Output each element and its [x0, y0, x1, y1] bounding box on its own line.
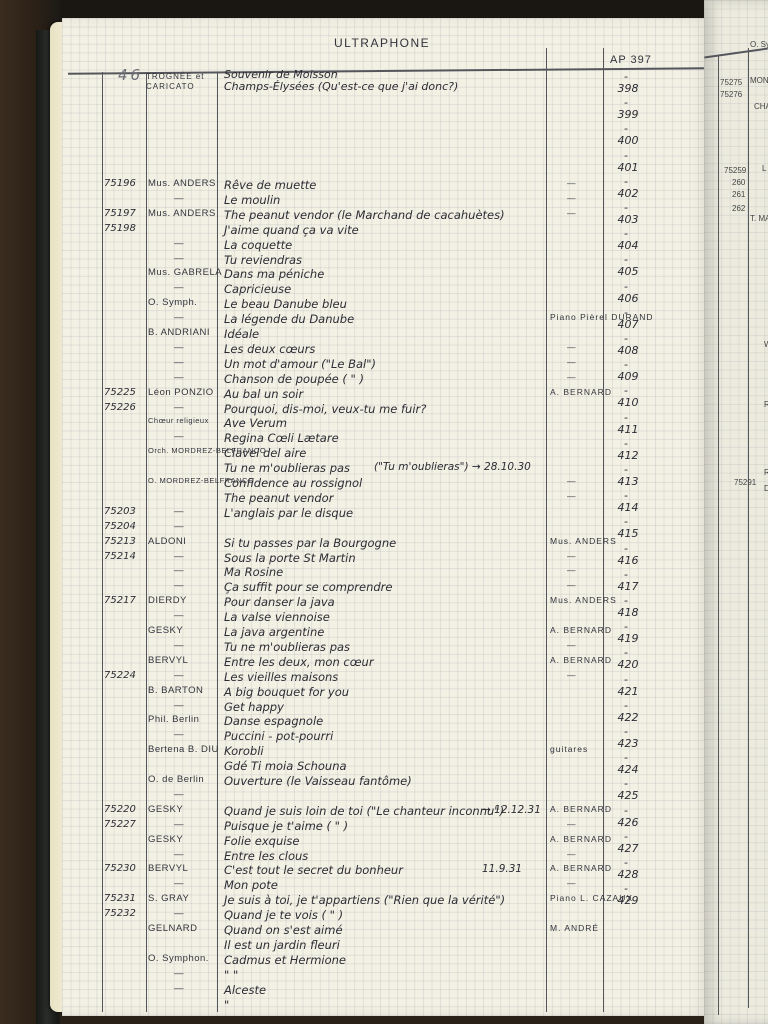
accompanist: A. BERNARD	[550, 834, 612, 844]
accompanist: A. BERNARD	[550, 387, 612, 397]
artist-name: Léon PONZIO	[148, 387, 214, 398]
accompanist: —	[567, 551, 577, 561]
accompanist: A. BERNARD	[550, 804, 612, 814]
song-title: Idéale	[224, 327, 259, 341]
song-title: Tu reviendras	[224, 253, 302, 267]
artist-name: —	[174, 789, 184, 800]
facing-serial: 261	[732, 190, 745, 199]
song-title: " "	[224, 968, 238, 982]
serial-number: 75197	[104, 208, 136, 219]
column-line	[546, 48, 547, 1012]
accompanist: —	[567, 565, 577, 575]
ditto-dash: -	[624, 699, 628, 712]
serial-number: 75226	[104, 402, 136, 413]
catalog-number: 413	[608, 475, 648, 488]
catalog-number: 422	[608, 711, 648, 724]
facing-serial: 75291	[734, 478, 756, 487]
song-title: Danse espagnole	[224, 714, 323, 728]
artist-name: —	[174, 521, 184, 532]
catalog-number: 420	[608, 658, 648, 671]
catalog-number: 408	[608, 344, 648, 357]
song-title: Alceste	[224, 983, 266, 997]
serial-number: 75217	[104, 595, 136, 606]
song-title: Ma Rosine	[224, 565, 283, 579]
ditto-dash: -	[624, 384, 628, 397]
song-title: Pour danser la java	[224, 595, 335, 609]
ditto-dash: -	[624, 751, 628, 764]
song-title: Ça suffit pour se comprendre	[224, 580, 392, 594]
serial-number: 75198	[104, 223, 136, 234]
accompanist: Piano L. CAZAUX	[550, 893, 633, 903]
catalog-number: 402	[608, 187, 648, 200]
header-rule	[704, 48, 768, 58]
serial-number: 75225	[104, 387, 136, 398]
song-title: Un mot d'amour ("Le Bal")	[224, 357, 376, 371]
accompanist: —	[567, 819, 577, 829]
song-title: Le moulin	[224, 193, 280, 207]
serial-number: 75224	[104, 670, 136, 681]
artist-name: —	[174, 431, 184, 442]
song-title: Korobli	[224, 744, 264, 758]
facing-serial: 260	[732, 178, 745, 187]
ditto-dash: -	[624, 515, 628, 528]
artist-name: —	[174, 610, 184, 621]
catalog-number: 426	[608, 816, 648, 829]
catalog-number: 423	[608, 737, 648, 750]
catalog-number: 406	[608, 292, 648, 305]
ditto-dash: -	[624, 358, 628, 371]
song-title: Quand je te vois ( " )	[224, 908, 343, 922]
column-line	[102, 72, 103, 1012]
page-title: ULTRAPHONE	[334, 36, 430, 50]
artist-name: —	[174, 402, 184, 413]
facing-fragment: D	[764, 484, 768, 493]
artist-name: O. de Berlin	[148, 774, 204, 785]
serial-number: 75196	[104, 178, 136, 189]
catalog-number: 414	[608, 501, 648, 514]
artist-name: Mus. ANDERS	[148, 208, 216, 219]
song-title: Le beau Danube bleu	[224, 297, 347, 311]
artist-name: —	[174, 878, 184, 889]
song-title: Get happy	[224, 700, 284, 714]
artist-name: —	[174, 551, 184, 562]
ditto-dash: -	[624, 437, 628, 450]
song-title: Folie exquise	[224, 834, 300, 848]
facing-header: O. Sy	[750, 40, 768, 49]
header-artist: TROGNÉE et CARICATO	[146, 72, 214, 92]
ditto-dash: -	[624, 280, 628, 293]
catalog-header: AP 397	[610, 54, 652, 66]
ditto-dash: -	[624, 568, 628, 581]
song-title: The peanut vendor (le Marchand de cacahu…	[224, 208, 505, 222]
accompanist: A. BERNARD	[550, 863, 612, 873]
facing-serial: 75276	[720, 90, 742, 99]
facing-serial: 75259	[724, 166, 746, 175]
ditto-dash: -	[624, 804, 628, 817]
facing-fragment: T. MA	[750, 214, 768, 223]
artist-name: —	[174, 372, 184, 383]
ditto-dash: -	[624, 673, 628, 686]
facing-fragment: R	[764, 468, 768, 477]
song-title: Cadmus et Hermione	[224, 953, 346, 967]
song-title: La java argentine	[224, 625, 324, 639]
artist-name: —	[174, 968, 184, 979]
serial-number: 75227	[104, 819, 136, 830]
accompanist: guitares	[550, 744, 588, 754]
artist-name: Phil. Berlin	[148, 714, 199, 725]
catalog-number: 421	[608, 685, 648, 698]
artist-name: B. BARTON	[148, 685, 203, 696]
artist-name: —	[174, 700, 184, 711]
catalog-number: 412	[608, 449, 648, 462]
song-title: Sous la porte St Martin	[224, 551, 356, 565]
song-title: J'aime quand ça va vite	[224, 223, 359, 237]
artist-name: —	[174, 193, 184, 204]
artist-name: BERVYL	[148, 655, 188, 666]
song-title: Puisque je t'aime ( " )	[224, 819, 348, 833]
facing-serial: 262	[732, 204, 745, 213]
catalog-number: 401	[608, 161, 648, 174]
catalog-number: 409	[608, 370, 648, 383]
accompanist: —	[567, 372, 577, 382]
ditto-dash: -	[624, 856, 628, 869]
song-title: Quand je suis loin de toi ("Le chanteur …	[224, 804, 504, 818]
accompanist: —	[567, 342, 577, 352]
accompanist: Piano Pièrel DURAND	[550, 312, 654, 322]
song-title: Ouverture (le Vaisseau fantôme)	[224, 774, 412, 788]
song-title: La légende du Danube	[224, 312, 354, 326]
song-title: Les vieilles maisons	[224, 670, 338, 684]
catalog-number: 411	[608, 423, 648, 436]
song-title: La valse viennoise	[224, 610, 330, 624]
accompanist: —	[567, 357, 577, 367]
serial-number: 75231	[104, 893, 136, 904]
artist-name: —	[174, 253, 184, 264]
catalog-number: 424	[608, 763, 648, 776]
accompanist: —	[567, 491, 577, 501]
catalog-number: 405	[608, 265, 648, 278]
artist-name: O. Symphon.	[148, 953, 209, 964]
ditto-dash: -	[624, 725, 628, 738]
artist-name: —	[174, 729, 184, 740]
song-title: Entre les deux, mon cœur	[224, 655, 374, 669]
ditto-dash: -	[624, 201, 628, 214]
facing-fragment: CHA	[754, 102, 768, 111]
ditto-dash: -	[624, 411, 628, 424]
song-title: Entre les clous	[224, 849, 308, 863]
ledger-page: 46 ULTRAPHONE AP 397 TROGNÉE et CARICATO…	[62, 18, 710, 1016]
accompanist: —	[567, 580, 577, 590]
artist-name: B. ANDRIANI	[148, 327, 210, 338]
artist-name: GELNARD	[148, 923, 197, 934]
artist-name: —	[174, 565, 184, 576]
song-title: Au bal un soir	[224, 387, 303, 401]
annotation: ("Tu m'oublieras") → 28.10.30	[374, 461, 531, 473]
song-title: Mon pote	[224, 878, 278, 892]
ditto-dash: -	[624, 96, 628, 109]
artist-name: —	[174, 342, 184, 353]
serial-number: 75220	[104, 804, 136, 815]
background-top	[0, 0, 768, 20]
catalog-number: 403	[608, 213, 648, 226]
ditto-dash: -	[624, 489, 628, 502]
serial-number: 75232	[104, 908, 136, 919]
ditto-dash: -	[624, 646, 628, 659]
artist-name: —	[174, 670, 184, 681]
song-title: Les deux cœurs	[224, 342, 315, 356]
accompanist: —	[567, 670, 577, 680]
song-title: Il est un jardin fleuri	[224, 938, 340, 952]
ditto-dash: -	[624, 463, 628, 476]
serial-number: 75214	[104, 551, 136, 562]
song-title: Tu ne m'oublieras pas	[224, 640, 350, 654]
column-line	[748, 48, 749, 1008]
catalog-number: 416	[608, 554, 648, 567]
annotation: → 12.12.31	[482, 804, 541, 816]
ditto-dash: -	[624, 253, 628, 266]
catalog-number: 399	[608, 108, 648, 121]
song-title: Clavel del aire	[224, 446, 306, 460]
accompanist: —	[567, 476, 577, 486]
song-title: L'anglais par le disque	[224, 506, 353, 520]
accompanist: —	[567, 208, 577, 218]
artist-name: O. Symph.	[148, 297, 197, 308]
accompanist: M. ANDRÉ	[550, 923, 599, 933]
song-title: Dans ma péniche	[224, 267, 324, 281]
artist-name: BERVYL	[148, 863, 188, 874]
facing-fragment: L	[762, 164, 766, 173]
song-title: "	[224, 998, 229, 1012]
artist-name: DIERDY	[148, 595, 187, 606]
catalog-number: 410	[608, 396, 648, 409]
ditto-dash: -	[624, 149, 628, 162]
song-title: Capricieuse	[224, 282, 291, 296]
catalog-number: 428	[608, 868, 648, 881]
song-title: A big bouquet for you	[224, 685, 349, 699]
artist-name: Mus. ANDERS	[148, 178, 216, 189]
catalog-number: 419	[608, 632, 648, 645]
catalog-number: 398	[608, 82, 648, 95]
ditto-dash: -	[624, 175, 628, 188]
accompanist: A. BERNARD	[550, 625, 612, 635]
artist-name: —	[174, 238, 184, 249]
artist-name: —	[174, 282, 184, 293]
artist-name: Chœur religieux	[148, 416, 209, 425]
song-title: The peanut vendor	[224, 491, 333, 505]
ditto-dash: -	[624, 122, 628, 135]
song-title: Puccini - pot-pourri	[224, 729, 333, 743]
artist-name: —	[174, 849, 184, 860]
accompanist: Mus. ANDERS	[550, 595, 617, 605]
serial-number: 75230	[104, 863, 136, 874]
accompanist: Mus. ANDERS	[550, 536, 617, 546]
catalog-number: 417	[608, 580, 648, 593]
accompanist: —	[567, 640, 577, 650]
song-title: Regina Cœli Lætare	[224, 431, 339, 445]
ditto-dash: -	[624, 332, 628, 345]
serial-number: 75204	[104, 521, 136, 532]
facing-fragment: MON I	[750, 76, 768, 85]
song-title: Rêve de muette	[224, 178, 316, 192]
artist-name: —	[174, 908, 184, 919]
serial-number: 75213	[104, 536, 136, 547]
facing-page: O. Sy 75275 75276 MON I CHA 75259 260 26…	[704, 0, 768, 1024]
artist-name: Mus. GABRELA	[148, 267, 222, 278]
header-song-2: Champs-Élysées (Qu'est-ce que j'ai donc?…	[224, 80, 458, 93]
artist-name: —	[174, 312, 184, 323]
song-title: Quand on s'est aimé	[224, 923, 343, 937]
artist-name: GESKY	[148, 625, 183, 636]
song-title: Ave Verum	[224, 416, 287, 430]
ditto-dash: -	[624, 70, 628, 83]
artist-name: ALDONI	[148, 536, 186, 547]
song-title: Confidence au rossignol	[224, 476, 362, 490]
ditto-dash: -	[624, 777, 628, 790]
accompanist: —	[567, 878, 577, 888]
ditto-dash: -	[624, 542, 628, 555]
column-line	[217, 72, 218, 1012]
artist-name: —	[174, 819, 184, 830]
ditto-dash: -	[624, 594, 628, 607]
song-title: La coquette	[224, 238, 292, 252]
artist-name: Bertena B. DIU	[148, 744, 219, 755]
song-title: Gdé Ti moia Schouna	[224, 759, 347, 773]
catalog-number: 418	[608, 606, 648, 619]
artist-name: —	[174, 357, 184, 368]
ditto-dash: -	[624, 227, 628, 240]
accompanist: —	[567, 193, 577, 203]
song-title: Tu ne m'oublieras pas	[224, 461, 350, 475]
accompanist: —	[567, 178, 577, 188]
song-title: C'est tout le secret du bonheur	[224, 863, 403, 877]
artist-name: GESKY	[148, 804, 183, 815]
ditto-dash: -	[624, 830, 628, 843]
artist-name: —	[174, 580, 184, 591]
artist-name: —	[174, 640, 184, 651]
song-title: Chanson de poupée ( " )	[224, 372, 364, 386]
facing-serial: 75275	[720, 78, 742, 87]
catalog-number: 400	[608, 134, 648, 147]
artist-name: S. GRAY	[148, 893, 189, 904]
catalog-number: 404	[608, 239, 648, 252]
song-title: Je suis à toi, je t'appartiens ("Rien qu…	[224, 893, 505, 907]
facing-fragment: R	[764, 400, 768, 409]
serial-number: 75203	[104, 506, 136, 517]
annotation: 11.9.31	[482, 863, 522, 875]
artist-name: —	[174, 983, 184, 994]
artist-name: —	[174, 506, 184, 517]
song-title: Pourquoi, dis-moi, veux-tu me fuir?	[224, 402, 426, 416]
accompanist: A. BERNARD	[550, 655, 612, 665]
column-line	[146, 72, 147, 1012]
artist-name: GESKY	[148, 834, 183, 845]
catalog-number: 427	[608, 842, 648, 855]
accompanist: —	[567, 849, 577, 859]
page-number: 46	[118, 66, 143, 84]
song-title: Si tu passes par la Bourgogne	[224, 536, 396, 550]
catalog-number: 425	[608, 789, 648, 802]
ditto-dash: -	[624, 620, 628, 633]
column-line	[718, 55, 719, 1015]
facing-fragment: W	[764, 340, 768, 349]
